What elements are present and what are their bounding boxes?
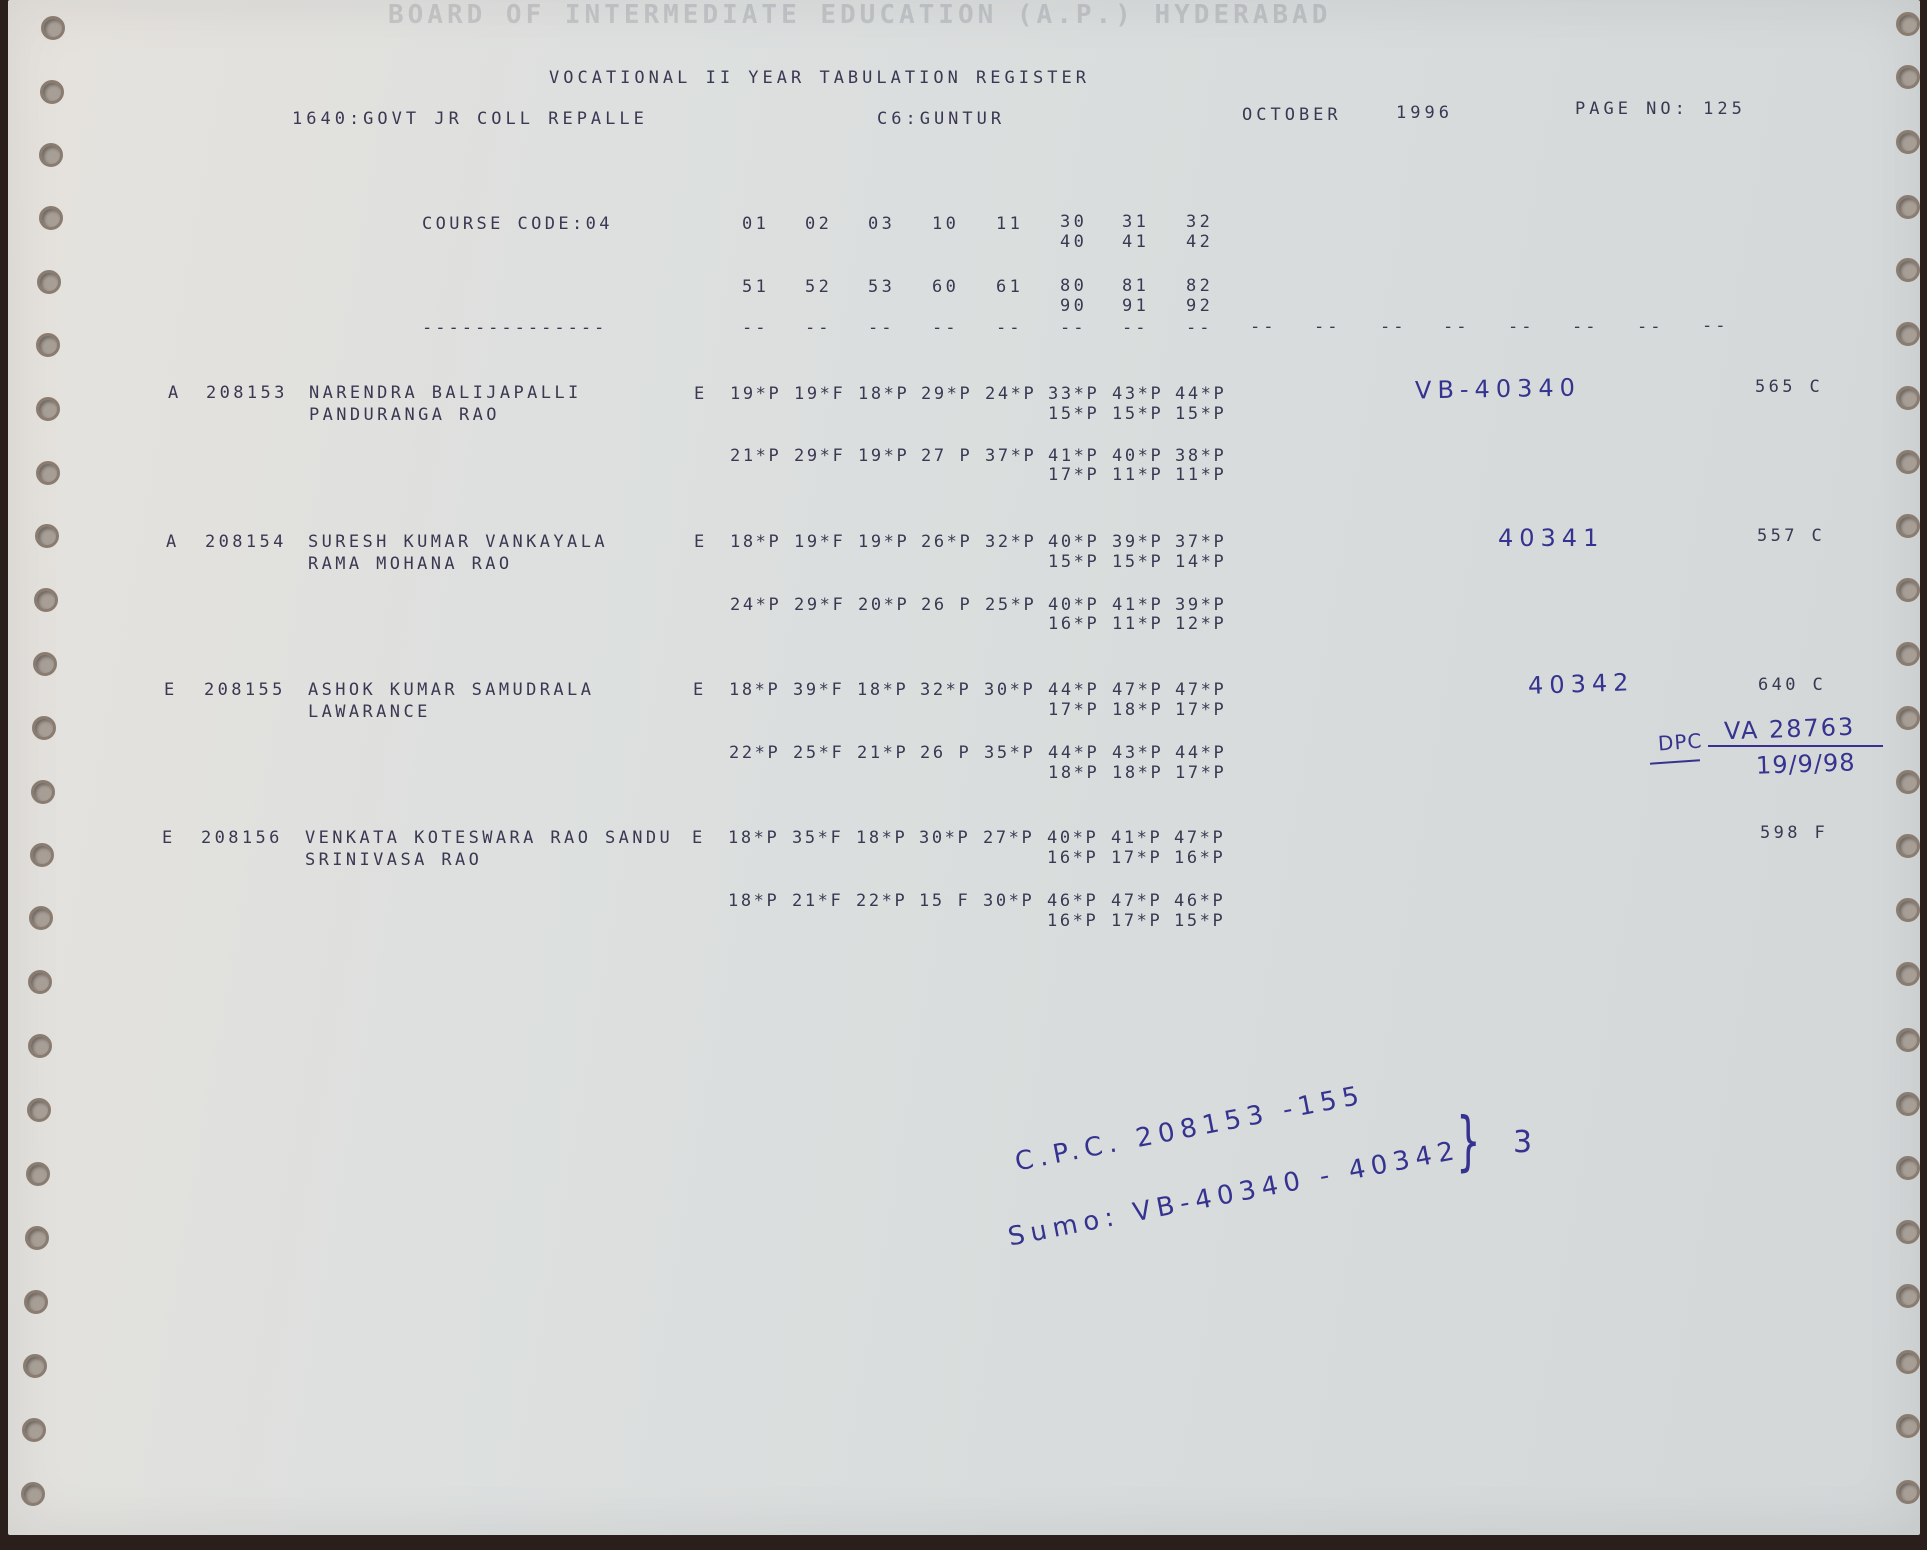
- mark: 40*P: [1048, 534, 1099, 551]
- student-name-line2: LAWARANCE: [308, 704, 431, 721]
- feed-hole: [40, 80, 64, 104]
- feed-hole: [32, 716, 56, 740]
- subject-code: 42: [1186, 234, 1213, 251]
- subject-code: 82: [1186, 278, 1213, 295]
- separator-dashes: --: [805, 318, 831, 338]
- feed-hole: [1896, 1480, 1920, 1504]
- college-name: 1640:GOVT JR COLL REPALLE: [292, 111, 648, 128]
- mark: 18*P: [1112, 765, 1163, 782]
- mark: 11*P: [1112, 616, 1163, 633]
- feed-hole: [39, 206, 63, 230]
- separator-dashes: --: [1060, 318, 1086, 338]
- feed-hole: [1896, 1092, 1920, 1116]
- mark: 39*F: [793, 682, 844, 699]
- subject-code: 01: [742, 216, 769, 233]
- feed-hole: [1896, 1350, 1920, 1374]
- mark: 25*P: [985, 597, 1036, 614]
- student-name: ASHOK KUMAR SAMUDRALA: [308, 682, 594, 699]
- student-name-line2: SRINIVASA RAO: [305, 852, 482, 869]
- page-number: PAGE NO: 125: [1575, 101, 1746, 118]
- mark: 47*P: [1112, 682, 1163, 699]
- exam-month: OCTOBER: [1242, 107, 1342, 124]
- mark: 18*P: [856, 830, 907, 847]
- mark: 19*F: [794, 386, 845, 403]
- mark: 19*F: [794, 534, 845, 551]
- separator-dashes: --------------: [422, 318, 607, 338]
- mark: 17*P: [1048, 467, 1099, 484]
- feed-hole: [1896, 12, 1920, 36]
- mark: 16*P: [1047, 913, 1098, 930]
- mark: 18*P: [1048, 765, 1099, 782]
- mark: 40*P: [1112, 448, 1163, 465]
- mark: 44*P: [1048, 682, 1099, 699]
- feed-hole: [1896, 450, 1920, 474]
- mark: 30*P: [919, 830, 970, 847]
- mark: 11*P: [1112, 467, 1163, 484]
- register-title: VOCATIONAL II YEAR TABULATION REGISTER: [549, 70, 1090, 87]
- mark: 44*P: [1175, 386, 1226, 403]
- separator-dashes: --: [932, 318, 958, 338]
- category: E: [162, 830, 176, 847]
- medium: E: [694, 534, 708, 551]
- mark: 19*P: [858, 534, 909, 551]
- category: A: [168, 385, 182, 402]
- subject-code: 02: [805, 216, 832, 233]
- tabulation-register-page: BOARD OF INTERMEDIATE EDUCATION (A.P.) H…: [8, 0, 1920, 1535]
- mark: 18*P: [728, 830, 779, 847]
- feed-hole: [1896, 706, 1920, 730]
- separator-dashes: --: [1443, 317, 1469, 337]
- student-name-line2: RAMA MOHANA RAO: [308, 556, 513, 573]
- mark: 15*P: [1112, 554, 1163, 571]
- medium: E: [692, 830, 706, 847]
- feed-hole: [1896, 578, 1920, 602]
- mark: 39*P: [1112, 534, 1163, 551]
- subject-code: 80: [1060, 278, 1087, 295]
- mark: 15*P: [1048, 554, 1099, 571]
- feed-hole: [33, 652, 57, 676]
- feed-hole: [26, 1162, 50, 1186]
- mark: 41*P: [1112, 597, 1163, 614]
- feed-hole: [1896, 1156, 1920, 1180]
- subject-code: 92: [1186, 298, 1213, 315]
- mark: 26*P: [921, 534, 972, 551]
- mark: 18*P: [730, 534, 781, 551]
- mark: 43*P: [1112, 745, 1163, 762]
- mark: 43*P: [1112, 386, 1163, 403]
- mark: 15*P: [1048, 406, 1099, 423]
- mark: 19*P: [730, 386, 781, 403]
- mark: 17*P: [1175, 765, 1226, 782]
- feed-hole: [39, 143, 63, 167]
- subject-code: 52: [805, 279, 832, 296]
- dpc-underline: [1650, 759, 1700, 764]
- subject-code: 51: [742, 279, 769, 296]
- feed-hole: [36, 397, 60, 421]
- mark: 30*P: [984, 682, 1035, 699]
- feed-hole: [28, 970, 52, 994]
- feed-hole: [1896, 642, 1920, 666]
- feed-hole: [37, 270, 61, 294]
- feed-hole: [34, 588, 58, 612]
- subject-code: 40: [1060, 234, 1087, 251]
- mark: 18*P: [1112, 702, 1163, 719]
- mark: 47*P: [1174, 830, 1225, 847]
- separator-dashes: --: [868, 318, 894, 338]
- feed-hole: [35, 524, 59, 548]
- mark: 21*P: [730, 448, 781, 465]
- feed-hole: [1896, 962, 1920, 986]
- faded-board-heading: BOARD OF INTERMEDIATE EDUCATION (A.P.) H…: [388, 0, 1648, 32]
- handwritten-ref: 40341: [1498, 526, 1604, 550]
- student-name: VENKATA KOTESWARA RAO SANDU: [305, 830, 673, 847]
- handwritten-ref: VB-40340: [1415, 376, 1581, 403]
- mark: 14*P: [1175, 554, 1226, 571]
- mark: 24*P: [985, 386, 1036, 403]
- subject-code: 03: [868, 216, 895, 233]
- mark: 47*P: [1175, 682, 1226, 699]
- mark: 19*P: [858, 448, 909, 465]
- hall-ticket-number: 208155: [204, 682, 286, 699]
- mark: 20*P: [858, 597, 909, 614]
- record-count: 3: [1513, 1128, 1538, 1158]
- feed-hole: [27, 1098, 51, 1122]
- mark: 41*P: [1048, 448, 1099, 465]
- mark: 25*F: [793, 745, 844, 762]
- feed-hole: [1896, 770, 1920, 794]
- hall-ticket-number: 208153: [206, 385, 288, 402]
- subject-code: 90: [1060, 298, 1087, 315]
- mark: 29*F: [794, 597, 845, 614]
- hall-ticket-number: 208156: [201, 830, 283, 847]
- feed-hole: [23, 1354, 47, 1378]
- mark: 15*P: [1112, 406, 1163, 423]
- mark: 11*P: [1175, 467, 1226, 484]
- dpc-date: 19/9/98: [1756, 750, 1856, 777]
- subject-code: 32: [1186, 214, 1213, 231]
- feed-hole: [1896, 1284, 1920, 1308]
- mark: 16*P: [1174, 850, 1225, 867]
- feed-hole: [31, 780, 55, 804]
- feed-hole: [1896, 1414, 1920, 1438]
- mark: 18*P: [729, 682, 780, 699]
- feed-hole: [1896, 195, 1920, 219]
- mark: 22*P: [729, 745, 780, 762]
- feed-hole: [41, 16, 65, 40]
- feed-hole: [1896, 514, 1920, 538]
- separator-dashes: --: [1637, 317, 1663, 337]
- feed-hole: [1896, 65, 1920, 89]
- student-name-line2: PANDURANGA RAO: [309, 407, 500, 424]
- separator-dashes: --: [1122, 318, 1148, 338]
- dpc-label: DPC: [1657, 730, 1703, 753]
- feed-hole: [1896, 898, 1920, 922]
- feed-hole: [22, 1418, 46, 1442]
- separator-dashes: --: [742, 318, 768, 338]
- feed-hole: [1896, 1220, 1920, 1244]
- mark: 24*P: [730, 597, 781, 614]
- mark: 46*P: [1174, 893, 1225, 910]
- mark: 29*F: [794, 448, 845, 465]
- mark: 17*P: [1175, 702, 1226, 719]
- feed-hole: [1896, 1028, 1920, 1052]
- total-result: 640 C: [1758, 677, 1826, 694]
- separator-dashes: --: [1572, 317, 1598, 337]
- feed-hole: [1896, 386, 1920, 410]
- dpc-ref: VA 28763: [1724, 715, 1856, 744]
- mark: 17*P: [1111, 850, 1162, 867]
- mark: 33*P: [1048, 386, 1099, 403]
- mark: 32*P: [920, 682, 971, 699]
- mark: 32*P: [985, 534, 1036, 551]
- feed-hole: [1896, 130, 1920, 154]
- feed-hole: [30, 843, 54, 867]
- separator-dashes: --: [996, 318, 1022, 338]
- subject-code: 31: [1122, 214, 1149, 231]
- subject-code: 10: [932, 216, 959, 233]
- total-result: 557 C: [1757, 528, 1825, 545]
- mark: 18*P: [728, 893, 779, 910]
- feed-hole: [28, 1034, 52, 1058]
- hall-ticket-number: 208154: [205, 534, 287, 551]
- feed-hole: [1896, 258, 1920, 282]
- mark: 16*P: [1047, 850, 1098, 867]
- mark: 35*F: [792, 830, 843, 847]
- district-name: C6:GUNTUR: [877, 111, 1005, 128]
- subject-code: 81: [1122, 278, 1149, 295]
- feed-hole: [1896, 834, 1920, 858]
- mark: 35*P: [984, 745, 1035, 762]
- mark: 16*P: [1048, 616, 1099, 633]
- separator-dashes: --: [1702, 316, 1728, 336]
- mark: 27 P: [921, 448, 972, 465]
- mark: 18*P: [858, 386, 909, 403]
- handwritten-ref: 40342: [1528, 670, 1635, 698]
- separator-dashes: --: [1380, 317, 1406, 337]
- total-result: 565 C: [1755, 379, 1823, 396]
- fraction-line: [1708, 745, 1883, 747]
- exam-year: 1996: [1396, 105, 1453, 122]
- mark: 37*P: [1175, 534, 1226, 551]
- feed-hole: [25, 1226, 49, 1250]
- feed-hole: [36, 461, 60, 485]
- separator-dashes: --: [1314, 317, 1340, 337]
- mark: 38*P: [1175, 448, 1226, 465]
- feed-hole: [1896, 322, 1920, 346]
- mark: 21*P: [857, 745, 908, 762]
- student-name: SURESH KUMAR VANKAYALA: [308, 534, 608, 551]
- mark: 44*P: [1175, 745, 1226, 762]
- medium: E: [693, 682, 707, 699]
- mark: 17*P: [1111, 913, 1162, 930]
- mark: 17*P: [1048, 702, 1099, 719]
- mark: 12*P: [1175, 616, 1226, 633]
- subject-code: 53: [868, 279, 895, 296]
- mark: 18*P: [857, 682, 908, 699]
- mark: 46*P: [1047, 893, 1098, 910]
- mark: 15*P: [1175, 406, 1226, 423]
- brace-mark: }: [1456, 1110, 1480, 1174]
- subject-code: 41: [1122, 234, 1149, 251]
- subject-code: 61: [996, 279, 1023, 296]
- subject-code: 91: [1122, 298, 1149, 315]
- mark: 40*P: [1048, 597, 1099, 614]
- mark: 27*P: [983, 830, 1034, 847]
- subject-code: 11: [996, 216, 1023, 233]
- feed-hole: [36, 333, 60, 357]
- mark: 47*P: [1111, 893, 1162, 910]
- feed-hole: [29, 906, 53, 930]
- feed-hole: [24, 1290, 48, 1314]
- separator-dashes: --: [1508, 317, 1534, 337]
- total-result: 598 F: [1760, 825, 1828, 842]
- mark: 15 F: [919, 893, 970, 910]
- mark: 29*P: [921, 386, 972, 403]
- medium: E: [694, 386, 708, 403]
- separator-dashes: --: [1250, 317, 1276, 337]
- mark: 26 P: [921, 597, 972, 614]
- course-code: COURSE CODE:04: [422, 216, 613, 233]
- mark: 39*P: [1175, 597, 1226, 614]
- mark: 15*P: [1174, 913, 1225, 930]
- category: A: [166, 534, 180, 551]
- subject-code: 30: [1060, 214, 1087, 231]
- mark: 21*F: [792, 893, 843, 910]
- mark: 26 P: [920, 745, 971, 762]
- category: E: [164, 682, 178, 699]
- mark: 41*P: [1111, 830, 1162, 847]
- mark: 44*P: [1048, 745, 1099, 762]
- mark: 30*P: [983, 893, 1034, 910]
- feed-hole: [21, 1482, 45, 1506]
- subject-code: 60: [932, 279, 959, 296]
- mark: 37*P: [985, 448, 1036, 465]
- student-name: NARENDRA BALIJAPALLI: [309, 385, 582, 402]
- mark: 40*P: [1047, 830, 1098, 847]
- separator-dashes: --: [1186, 318, 1212, 338]
- mark: 22*P: [856, 893, 907, 910]
- cpc-range: C.P.C. 208153 -155: [1013, 1082, 1367, 1175]
